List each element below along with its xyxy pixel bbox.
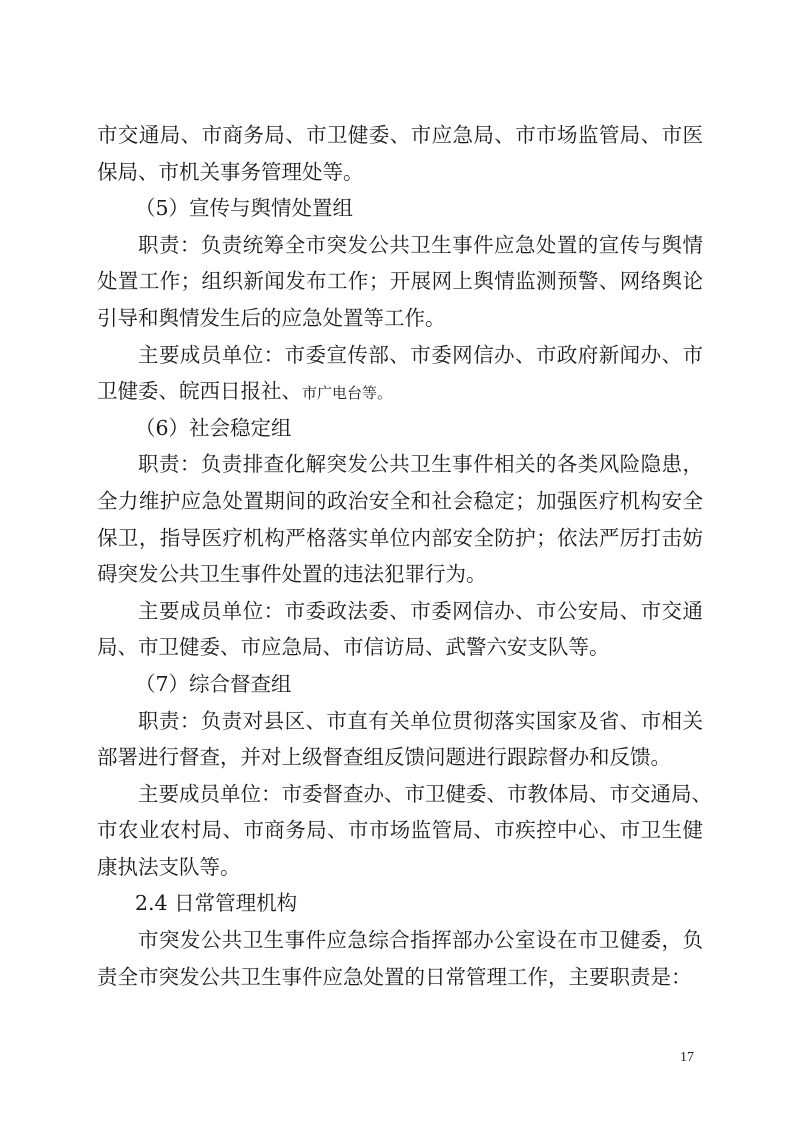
- text-line: 康执法支队等。: [97, 849, 703, 886]
- page-number: 17: [680, 1050, 694, 1066]
- text-line: 主要成员单位：市委政法委、市委网信办、市公安局、市交通: [97, 593, 703, 630]
- section-heading-social-stability-group: （6）社会稳定组: [97, 410, 703, 447]
- paragraph-duties-social-stability: 职责：负责排查化解突发公共卫生事件相关的各类风险隐患， 全力维护应急处置期间的政…: [97, 446, 703, 592]
- paragraph-daily-management: 市突发公共卫生事件应急综合指挥部办公室设在市卫健委，负 责全市突发公共卫生事件应…: [97, 922, 703, 995]
- paragraph-member-units-continued: 市交通局、市商务局、市卫健委、市应急局、市市场监管局、市医 保局、市机关事务管理…: [97, 117, 703, 190]
- paragraph-members-publicity: 主要成员单位：市委宣传部、市委网信办、市政府新闻办、市 卫健委、皖西日报社、市广…: [97, 337, 703, 410]
- section-heading-publicity-group: （5）宣传与舆情处置组: [97, 190, 703, 227]
- text-line: 卫健委、皖西日报社、市广电台等。: [97, 373, 703, 410]
- text-line: 职责：负责排查化解突发公共卫生事件相关的各类风险隐患，: [97, 446, 703, 483]
- paragraph-duties-inspection: 职责：负责对县区、市直有关单位贯彻落实国家及省、市相关 部署进行督查，并对上级督…: [97, 703, 703, 776]
- text-line: 保局、市机关事务管理处等。: [97, 154, 703, 191]
- text-line: 保卫，指导医疗机构严格落实单位内部安全防护；依法严厉打击妨: [97, 520, 703, 557]
- text-line: 处置工作；组织新闻发布工作；开展网上舆情监测预警、网络舆论: [97, 263, 703, 300]
- text-segment: 卫健委、皖西日报社、: [97, 379, 302, 403]
- heading-text: （6）社会稳定组: [97, 410, 703, 447]
- section-heading-inspection-group: （7）综合督查组: [97, 666, 703, 703]
- paragraph-members-social-stability: 主要成员单位：市委政法委、市委网信办、市公安局、市交通 局、市卫健委、市应急局、…: [97, 593, 703, 666]
- text-line: 市农业农村局、市商务局、市市场监管局、市疾控中心、市卫生健: [97, 812, 703, 849]
- text-line: 职责：负责统筹全市突发公共卫生事件应急处置的宣传与舆情: [97, 227, 703, 264]
- text-line: 部署进行督查，并对上级督查组反馈问题进行跟踪督办和反馈。: [97, 739, 703, 776]
- heading-text: （7）综合督查组: [97, 666, 703, 703]
- text-line: 责全市突发公共卫生事件应急处置的日常管理工作，主要职责是：: [97, 959, 703, 996]
- text-line: 市突发公共卫生事件应急综合指挥部办公室设在市卫健委，负: [97, 922, 703, 959]
- text-segment-small: 市广电台等。: [302, 384, 392, 402]
- text-line: 局、市卫健委、市应急局、市信访局、武警六安支队等。: [97, 629, 703, 666]
- section-heading-daily-management: 2.4 日常管理机构: [97, 885, 703, 922]
- paragraph-duties-publicity: 职责：负责统筹全市突发公共卫生事件应急处置的宣传与舆情 处置工作；组织新闻发布工…: [97, 227, 703, 337]
- text-line: 全力维护应急处置期间的政治安全和社会稳定；加强医疗机构安全: [97, 483, 703, 520]
- text-line: 引导和舆情发生后的应急处置等工作。: [97, 300, 703, 337]
- text-line: 主要成员单位：市委督查办、市卫健委、市教体局、市交通局、: [97, 776, 703, 813]
- heading-text: 2.4 日常管理机构: [97, 885, 703, 922]
- document-page: 市交通局、市商务局、市卫健委、市应急局、市市场监管局、市医 保局、市机关事务管理…: [97, 117, 703, 995]
- text-line: 碍突发公共卫生事件处置的违法犯罪行为。: [97, 556, 703, 593]
- text-line: 职责：负责对县区、市直有关单位贯彻落实国家及省、市相关: [97, 703, 703, 740]
- paragraph-members-inspection: 主要成员单位：市委督查办、市卫健委、市教体局、市交通局、 市农业农村局、市商务局…: [97, 776, 703, 886]
- text-line: 主要成员单位：市委宣传部、市委网信办、市政府新闻办、市: [97, 337, 703, 374]
- heading-text: （5）宣传与舆情处置组: [97, 190, 703, 227]
- text-line: 市交通局、市商务局、市卫健委、市应急局、市市场监管局、市医: [97, 117, 703, 154]
